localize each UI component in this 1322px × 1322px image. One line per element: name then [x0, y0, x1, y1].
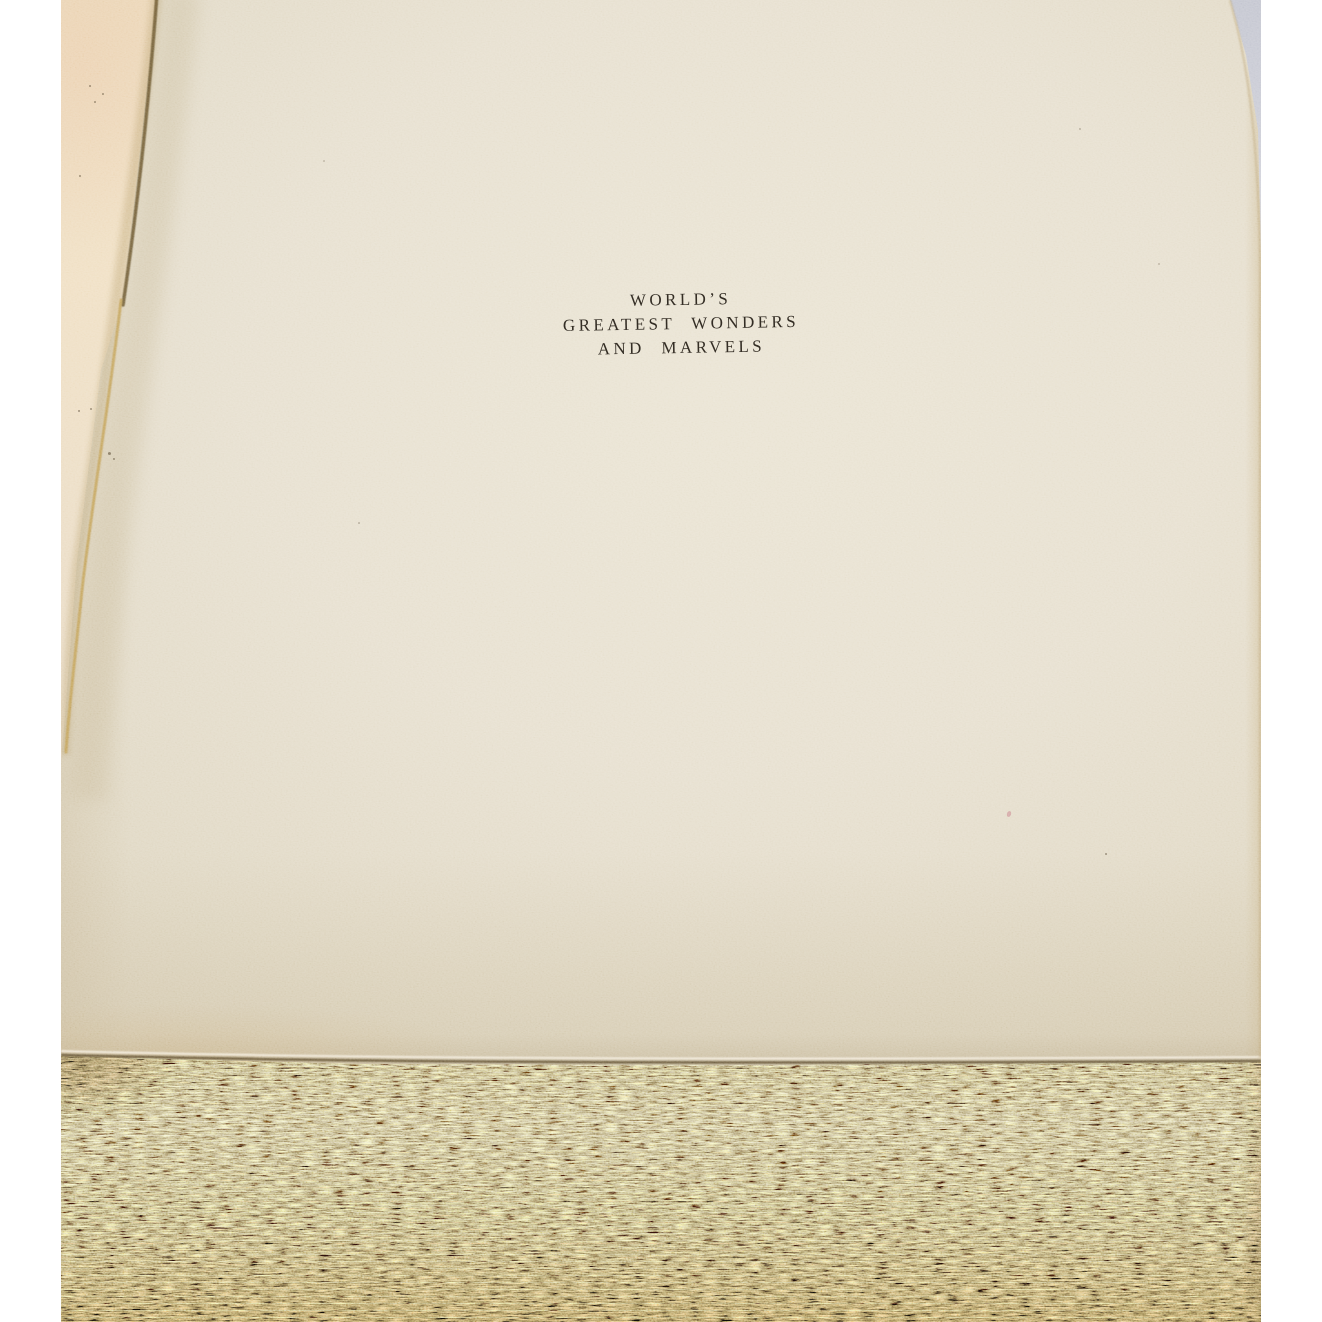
paper-speck	[1079, 128, 1081, 130]
paper-speck	[79, 175, 81, 177]
paper-speck	[102, 93, 104, 95]
book-photo: WORLD’S GREATEST WONDERS AND MARVELS	[61, 0, 1261, 1322]
paper-speck	[94, 101, 96, 103]
paper-speck	[323, 160, 325, 162]
paper-speck	[78, 410, 80, 412]
half-title-text: WORLD’S GREATEST WONDERS AND MARVELS	[480, 285, 881, 364]
paper-speck	[108, 452, 111, 455]
book-page	[61, 0, 1261, 1066]
photo-canvas: WORLD’S GREATEST WONDERS AND MARVELS	[0, 0, 1322, 1322]
paper-speck	[1158, 263, 1160, 265]
paper-speck	[358, 522, 360, 524]
paper-speck	[89, 85, 91, 87]
fore-edge-grain-texture	[61, 1040, 1261, 1322]
paper-speck	[113, 458, 115, 460]
fore-edge-page-stack	[61, 1040, 1261, 1322]
paper-speck	[1105, 853, 1107, 855]
paper-speck	[90, 408, 92, 410]
